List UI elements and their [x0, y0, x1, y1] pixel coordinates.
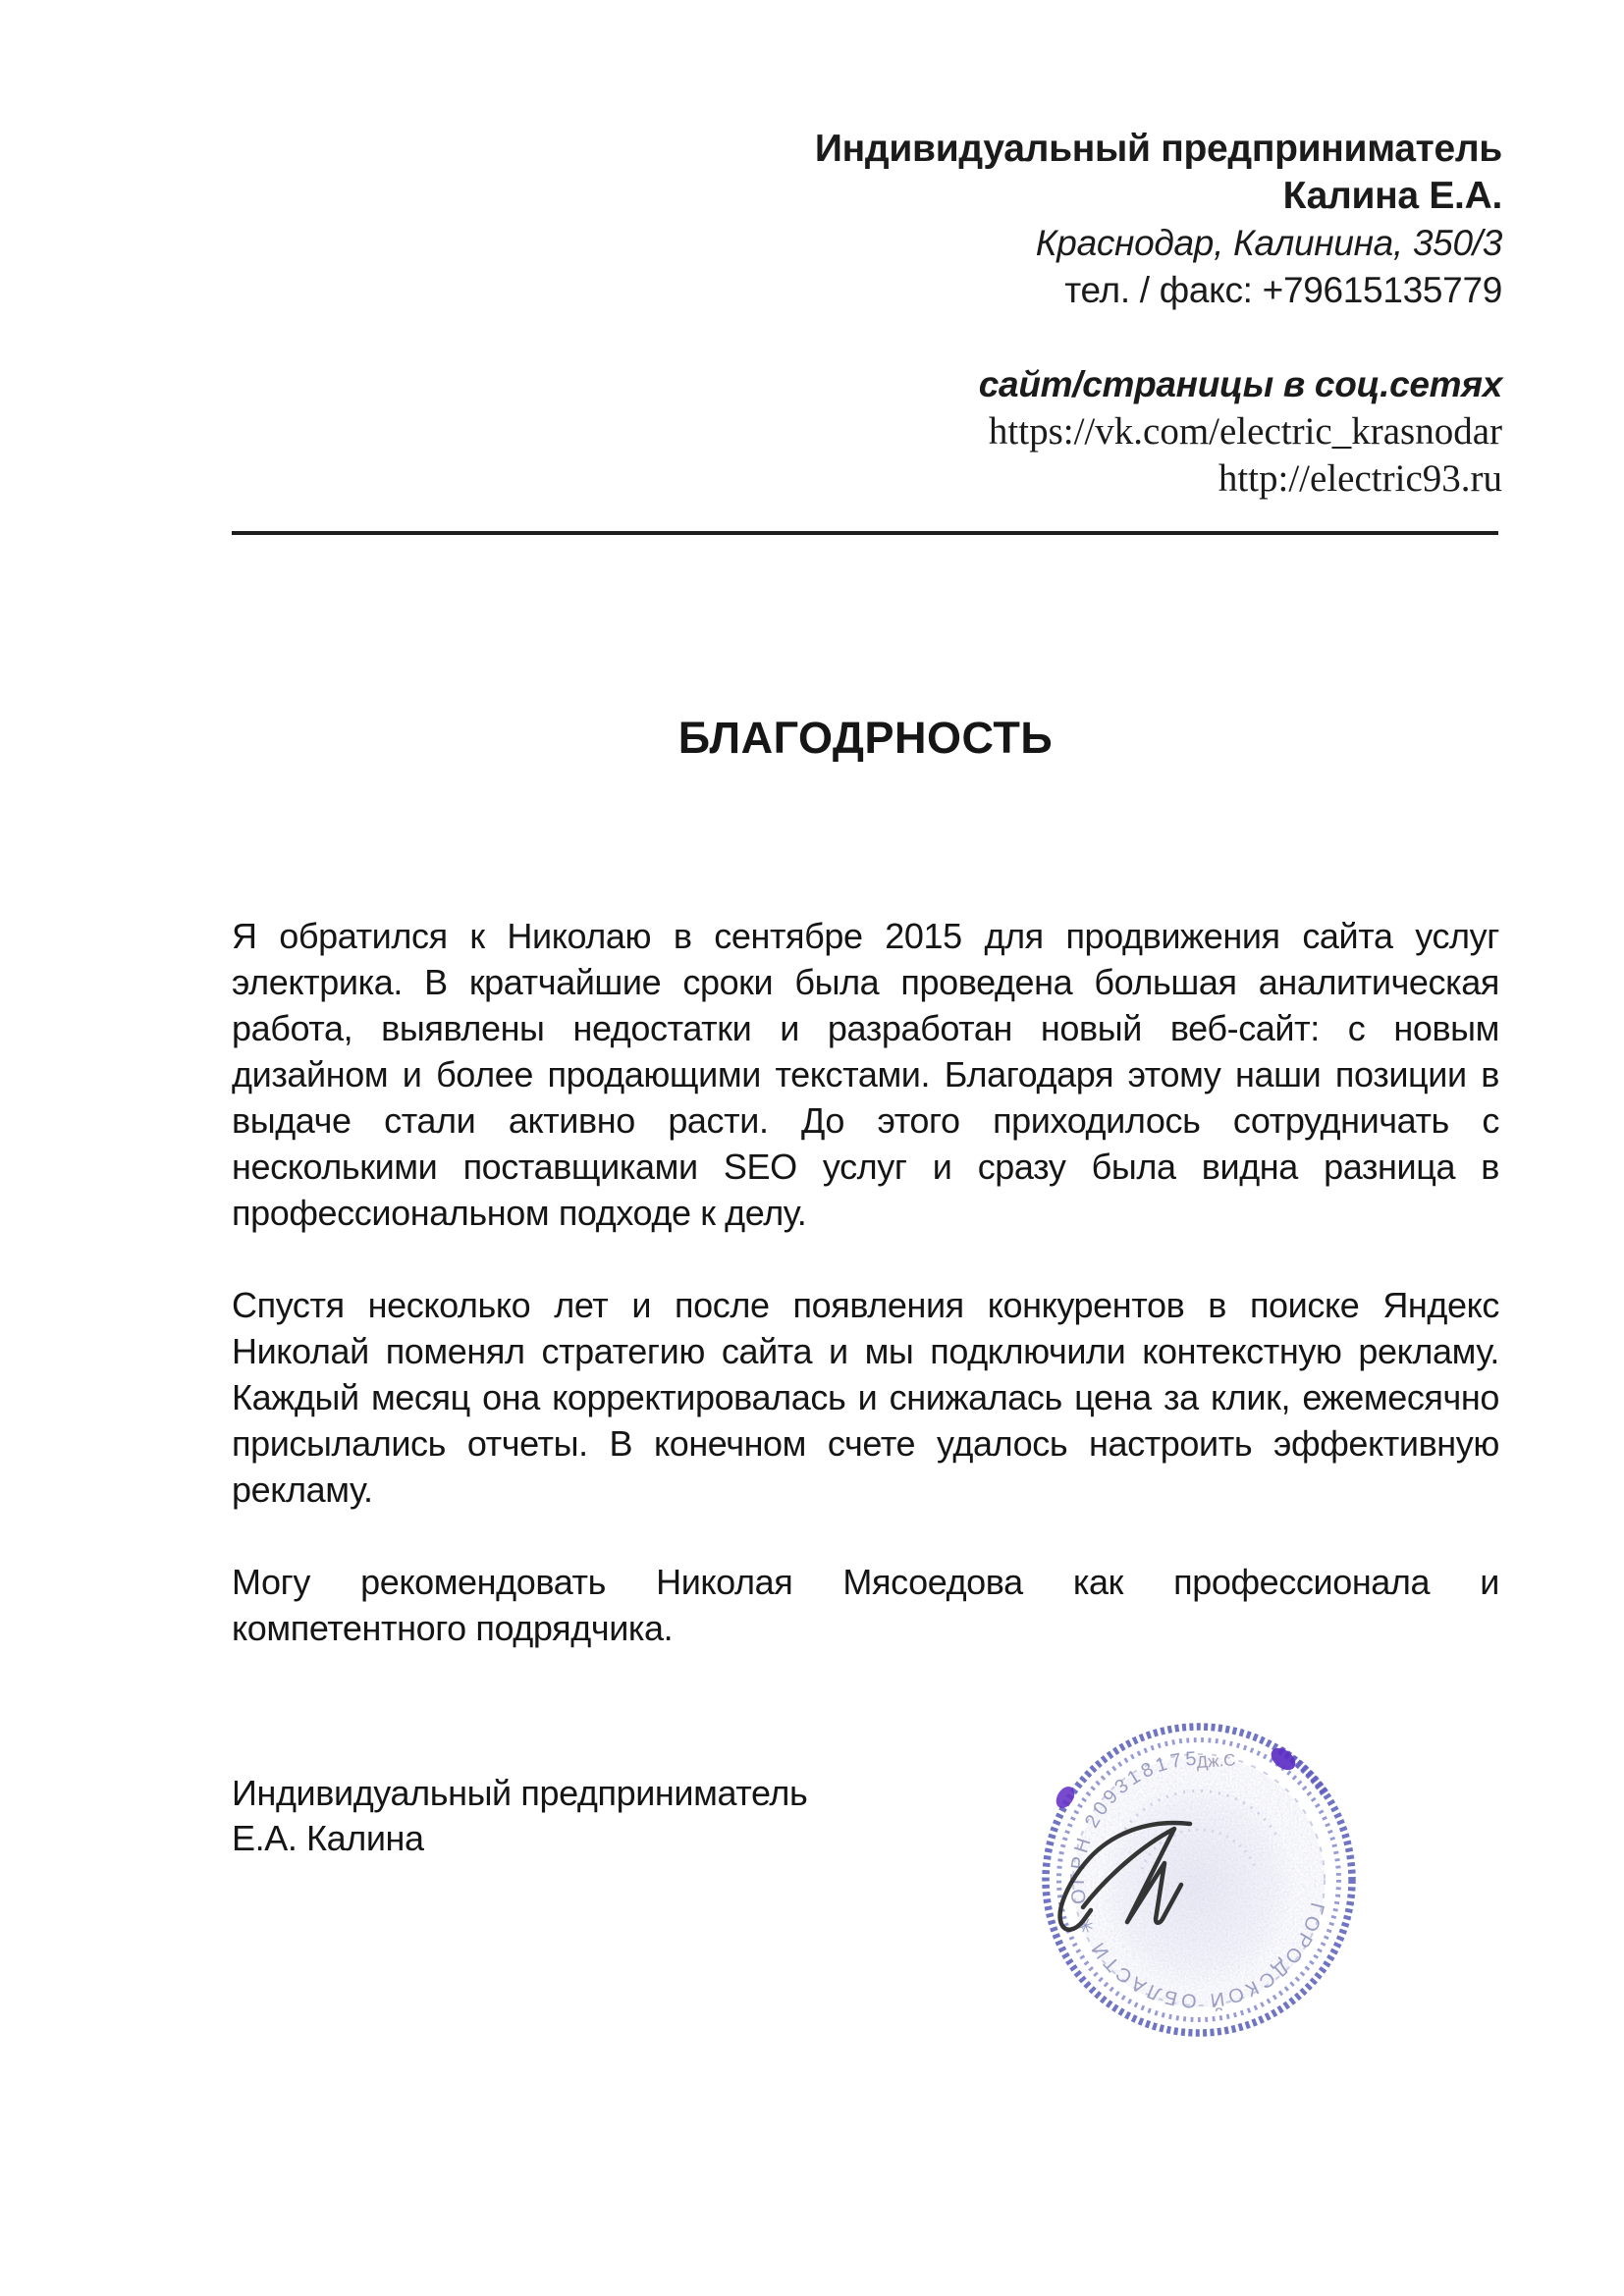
- stamp-speckle-texture: [1061, 1742, 1336, 2017]
- paragraph-line: Могу рекомендовать Николая Мясоедова как…: [232, 1559, 1499, 1605]
- paragraph-line: несколькими поставщиками SEO услуг и сра…: [232, 1144, 1499, 1190]
- paragraph-line: работа, выявлены недостатки и разработан…: [232, 1005, 1499, 1051]
- paragraph-line: Николай поменял стратегию сайта и мы под…: [232, 1328, 1499, 1374]
- letterhead-org-name: Индивидуальный предприниматель: [422, 126, 1502, 173]
- paragraph-line: электрика. В кратчайшие сроки была прове…: [232, 959, 1499, 1005]
- paragraph: Я обратился к Николаю в сентябре 2015 дл…: [232, 913, 1499, 1236]
- paragraph-line: профессиональном подходе к делу.: [232, 1190, 1499, 1236]
- stamp-center-fragment: Дж.С: [1196, 1750, 1236, 1772]
- document-page: { "header": { "org_line1": "Индивидуальн…: [0, 0, 1624, 2296]
- paragraph-line: выдаче стали активно расти. До этого при…: [232, 1097, 1499, 1144]
- letterhead-site-url: http://electric93.ru: [422, 455, 1502, 503]
- paragraph-line: Спустя несколько лет и после появления к…: [232, 1282, 1499, 1328]
- header-separator-line: [232, 531, 1498, 535]
- round-stamp: ГОРОДСКОЙ ОБЛАСТИ ✳ ОГРН 209318175 Дж.С: [1032, 1713, 1366, 2047]
- letterhead: Индивидуальный предприниматель Калина Е.…: [422, 126, 1502, 503]
- stamp-ink-blob-left: [1053, 1784, 1078, 1812]
- paragraph: Спустя несколько лет и после появления к…: [232, 1282, 1499, 1513]
- paragraph-line: Я обратился к Николаю в сентябре 2015 дл…: [232, 913, 1499, 959]
- letterhead-address: Краснодар, Калинина, 350/3: [422, 220, 1502, 267]
- signature-role: Индивидуальный предприниматель: [232, 1771, 807, 1816]
- paragraph-line: Каждый месяц она корректировалась и сниж…: [232, 1374, 1499, 1420]
- signature-name: Е.А. Калина: [232, 1816, 807, 1861]
- paragraph: Могу рекомендовать Николая Мясоедова как…: [232, 1559, 1499, 1651]
- paragraph-line: дизайном и более продающими текстами. Бл…: [232, 1051, 1499, 1097]
- letterhead-spacer: [422, 314, 1502, 361]
- letterhead-person: Калина Е.А.: [422, 173, 1502, 220]
- letterhead-social-caption: сайт/страницы в соц.сетях: [422, 361, 1502, 408]
- paragraph-line: рекламу.: [232, 1467, 1499, 1513]
- stamp-and-signature: ГОРОДСКОЙ ОБЛАСТИ ✳ ОГРН 209318175 Дж.С: [1032, 1713, 1366, 2047]
- letterhead-phone: тел. / факс: +79615135779: [422, 267, 1502, 314]
- paragraph-line: компетентного подрядчика.: [232, 1605, 1499, 1651]
- letter-body: Я обратился к Николаю в сентябре 2015 дл…: [232, 913, 1499, 1697]
- paragraph-line: присылались отчеты. В конечном счете уда…: [232, 1420, 1499, 1467]
- document-title: БЛАГОДРНОСТЬ: [232, 713, 1499, 764]
- letterhead-vk-url: https://vk.com/electric_krasnodar: [422, 408, 1502, 455]
- signature-block: Индивидуальный предприниматель Е.А. Кали…: [232, 1771, 807, 1861]
